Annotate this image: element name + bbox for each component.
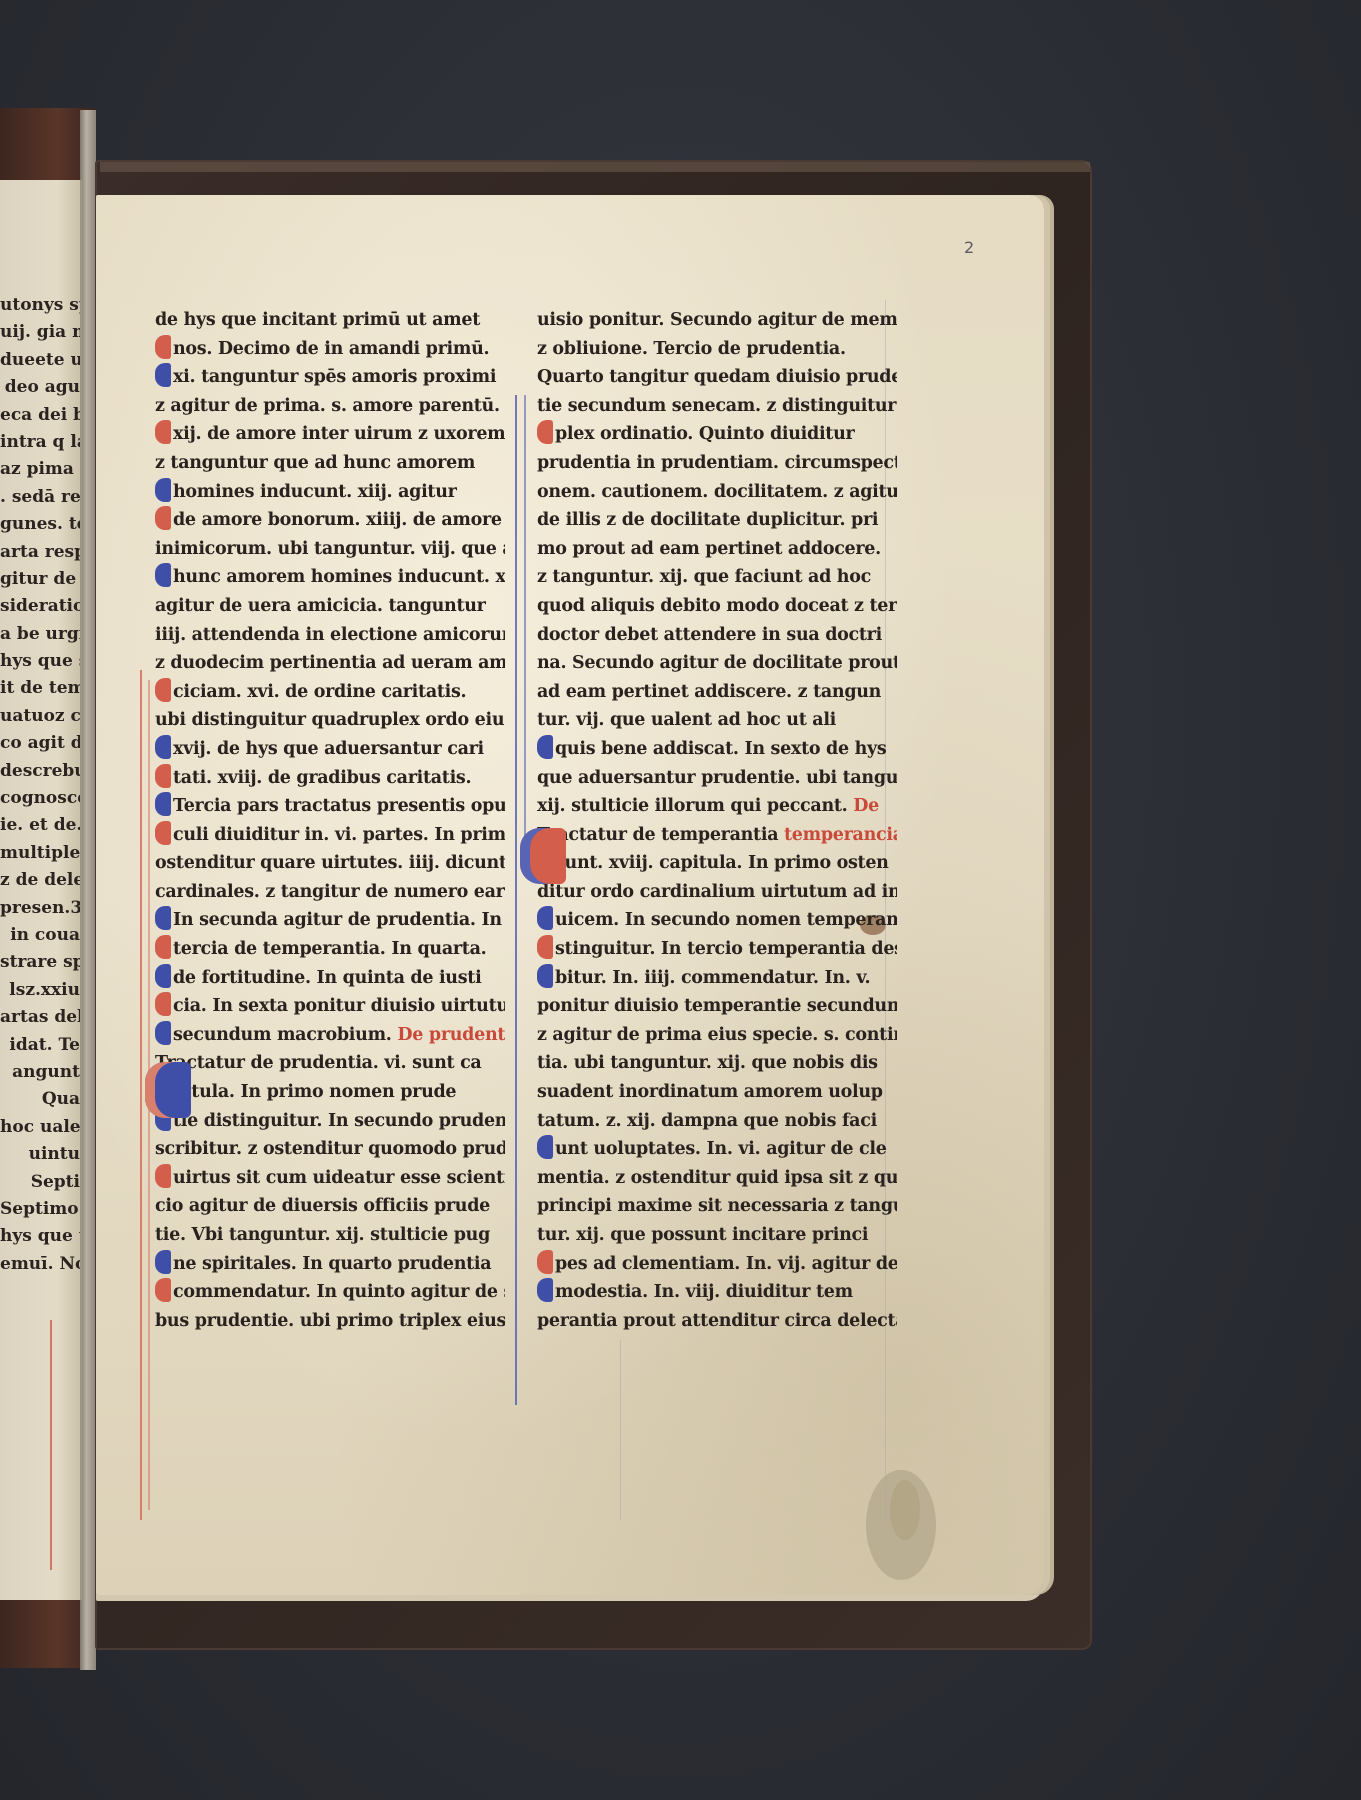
right-column-line: tur. vij. que ualent ad hoc ut ali <box>537 706 897 735</box>
left-page-line: a be urgru <box>0 621 80 648</box>
left-page-line: angunt <box>0 1059 80 1086</box>
right-column-line: de illis z de docilitate duplicitur. pri <box>537 506 897 535</box>
left-page-line: strare spe <box>0 949 80 976</box>
left-page-line: eca dei b <box>0 402 80 429</box>
right-column-line: perantia prout attenditur circa delecta <box>537 1307 897 1336</box>
left-page-line: z de dele <box>0 867 80 894</box>
left-page-line: ie. et de. xy <box>0 812 80 839</box>
right-column-line: tur. xij. que possunt incitare princi <box>537 1221 897 1250</box>
left-page-line: it de templ <box>0 675 80 702</box>
left-page-text: utonys speuij. gia medueete uddeo agueca… <box>0 292 80 1278</box>
right-column-line: stinguitur. In tercio temperantia descri <box>537 935 897 964</box>
paragraph-mark-blue <box>155 363 171 387</box>
left-column-line: z duodecim pertinentia ad ueram ami <box>155 649 505 678</box>
left-column-line: Tractatur de prudentia. vi. sunt ca <box>155 1049 505 1078</box>
paragraph-mark-red <box>155 678 171 702</box>
decorated-initial-T-prudentia <box>145 1062 191 1118</box>
left-column-line: tati. xviij. de gradibus caritatis. <box>155 764 505 793</box>
left-column-line: xi. tanguntur spēs amoris proximi <box>155 363 505 392</box>
left-column-line: In secunda agitur de prudentia. In <box>155 906 505 935</box>
stain-mark <box>890 1480 920 1540</box>
left-column-line: nos. Decimo de in amandi primū. <box>155 335 505 364</box>
paragraph-mark-blue <box>537 1135 553 1159</box>
left-column-line: scribitur. z ostenditur quomodo prudenti… <box>155 1135 505 1164</box>
right-column-line: z agitur de prima eius specie. s. contin… <box>537 1021 897 1050</box>
left-column-line: uirtus sit cum uideatur esse scientia. T… <box>155 1164 505 1193</box>
left-column-line: hunc amorem homines inducunt. xv. <box>155 563 505 592</box>
left-page-line: dueete ud <box>0 347 80 374</box>
left-column-line: cio agitur de diuersis officiis prude <box>155 1192 505 1221</box>
left-page-line: cognosce <box>0 785 80 812</box>
blue-penwork-border <box>515 395 517 1405</box>
ruling-line <box>620 1340 621 1520</box>
red-penwork-border <box>140 670 142 1520</box>
left-column-line: Tercia pars tractatus presentis opus <box>155 792 505 821</box>
right-column-line: mentia. z ostenditur quid ipsa sit z quo… <box>537 1164 897 1193</box>
right-column-line: ponitur diuisio temperantie secundum tul… <box>537 992 897 1021</box>
left-column-line: ne spiritales. In quarto prudentia <box>155 1250 505 1279</box>
paragraph-mark-blue <box>155 964 171 988</box>
left-column-line: homines inducunt. xiij. agitur <box>155 478 505 507</box>
left-page-line: gunes. te <box>0 511 80 538</box>
paragraph-mark-blue <box>537 735 553 759</box>
left-page-line: artas del <box>0 1004 80 1031</box>
left-page-line: gitur de sed <box>0 566 80 593</box>
left-page-line: lsz.xxiu <box>0 977 80 1004</box>
paragraph-mark-red <box>155 764 171 788</box>
left-page-line: utonys spe <box>0 292 80 319</box>
paragraph-mark-blue <box>537 1278 553 1302</box>
left-page-line: Septimo de <box>0 1196 80 1223</box>
left-page-red-rule <box>50 1320 52 1570</box>
right-column-line: sunt. xviij. capitula. In primo osten <box>537 849 897 878</box>
left-column-line: de fortitudine. In quinta de iusti <box>155 964 505 993</box>
rubric-heading: De <box>847 796 879 816</box>
right-column-line: doctor debet attendere in sua doctri <box>537 621 897 650</box>
left-page-line: uatuoz cau <box>0 703 80 730</box>
left-column-line: commendatur. In quinto agitur de spe <box>155 1278 505 1307</box>
left-column-line: z agitur de prima. s. amore parentū. <box>155 392 505 421</box>
paragraph-mark-red <box>537 935 553 959</box>
right-column-line: quis bene addiscat. In sexto de hys <box>537 735 897 764</box>
left-page-line: az pima e <box>0 456 80 483</box>
left-column-line: de hys que incitant primū ut amet <box>155 306 505 335</box>
paragraph-mark-red <box>155 1164 171 1188</box>
left-page-line: deo agu <box>0 374 80 401</box>
left-column-line: secundum macrobium. De prudentia <box>155 1021 505 1050</box>
paragraph-mark-red <box>155 335 171 359</box>
left-column-line: ubi distinguitur quadruplex ordo eius. <box>155 706 505 735</box>
left-column-line: cardinales. z tangitur de numero earum. <box>155 878 505 907</box>
left-page-line: hys que sp <box>0 648 80 675</box>
paragraph-mark-blue <box>537 964 553 988</box>
left-page-line: sideratio <box>0 593 80 620</box>
left-column-line: z tanguntur que ad hunc amorem <box>155 449 505 478</box>
left-page-line: co agit de <box>0 730 80 757</box>
paragraph-mark-red <box>537 1250 553 1274</box>
left-page-line: . sedā resp <box>0 484 80 511</box>
right-column-line: ad eam pertinet addiscere. z tangun <box>537 678 897 707</box>
left-page-line: uintu <box>0 1141 80 1168</box>
right-column-line: z tanguntur. xij. que faciunt ad hoc <box>537 563 897 592</box>
left-column-line: agitur de uera amicicia. tanguntur <box>155 592 505 621</box>
paragraph-mark-blue <box>155 792 171 816</box>
paragraph-mark-red <box>537 420 553 444</box>
folio-number: 2 <box>964 238 974 257</box>
text-column-right: uisio ponitur. Secundo agitur de memoria… <box>537 306 897 1335</box>
paragraph-mark-blue <box>155 1021 171 1045</box>
left-column-line: tercia de temperantia. In quarta. <box>155 935 505 964</box>
left-page-line: Septi <box>0 1169 80 1196</box>
paragraph-mark-red <box>155 992 171 1016</box>
right-column-line: modestia. In. viij. diuiditur tem <box>537 1278 897 1307</box>
left-page-line: in coua <box>0 922 80 949</box>
right-column-line: pes ad clementiam. In. vij. agitur de <box>537 1250 897 1279</box>
paragraph-mark-blue <box>155 1250 171 1274</box>
right-column-line: ditur ordo cardinalium uirtutum ad in <box>537 878 897 907</box>
paragraph-mark-red <box>155 935 171 959</box>
left-page-line: multiplex <box>0 840 80 867</box>
right-column-line: z obliuione. Tercio de prudentia. <box>537 335 897 364</box>
left-page-line: descrebun <box>0 758 80 785</box>
left-column-line: tie distinguitur. In secundo prudentia d… <box>155 1107 505 1136</box>
left-page-line: intra q la <box>0 429 80 456</box>
left-column-line: bus prudentie. ubi primo triplex eius <box>155 1307 505 1336</box>
board-edge <box>100 162 1090 172</box>
left-column-line: xij. de amore inter uirum z uxorem <box>155 420 505 449</box>
right-column-line: xij. stulticie illorum qui peccant. De <box>537 792 897 821</box>
paragraph-mark-red <box>155 1278 171 1302</box>
left-page-line: hoc ualet <box>0 1114 80 1141</box>
blue-penwork-border <box>524 395 526 875</box>
left-column-line: de amore bonorum. xiiij. de amore <box>155 506 505 535</box>
left-column-line: iiij. attendenda in electione amicorum. <box>155 621 505 650</box>
left-column-line: pitula. In primo nomen prude <box>155 1078 505 1107</box>
decorated-initial-T-temperantia <box>520 828 566 884</box>
paragraph-mark-blue <box>155 735 171 759</box>
book-gutter <box>80 110 96 1670</box>
right-column-line: na. Secundo agitur de docilitate prout <box>537 649 897 678</box>
rubric-heading: De prudentia <box>392 1025 505 1045</box>
right-column-line: Tractatur de temperantia temperancia <box>537 821 897 850</box>
left-column-line: cia. In sexta ponitur diuisio uirtutum <box>155 992 505 1021</box>
right-column-line: tie secundum senecam. z distinguitur pru… <box>537 392 897 421</box>
right-column-line: mo prout ad eam pertinet addocere. <box>537 535 897 564</box>
right-column-line: suadent inordinatum amorem uolup <box>537 1078 897 1107</box>
right-column-line: quod aliquis debito modo doceat z tera <box>537 592 897 621</box>
right-column-line: tia. ubi tanguntur. xij. que nobis dis <box>537 1049 897 1078</box>
left-column-line: culi diuiditur in. vi. partes. In prima <box>155 821 505 850</box>
left-column-line: tie. Vbi tanguntur. xij. stulticie pug <box>155 1221 505 1250</box>
right-column-line: unt uoluptates. In. vi. agitur de cle <box>537 1135 897 1164</box>
paragraph-mark-blue <box>537 906 553 930</box>
left-page-line: uij. gia me <box>0 319 80 346</box>
right-column-line: uisio ponitur. Secundo agitur de memoria <box>537 306 897 335</box>
right-column-line: prudentia in prudentiam. circumspecti <box>537 449 897 478</box>
left-page-line: presen.3. <box>0 895 80 922</box>
right-column-line: Quarto tangitur quedam diuisio prude <box>537 363 897 392</box>
right-column-line: uicem. In secundo nomen temperantie di <box>537 906 897 935</box>
left-page-line: Qua <box>0 1086 80 1113</box>
left-column-line: inimicorum. ubi tanguntur. viij. que ad <box>155 535 505 564</box>
text-column-left: de hys que incitant primū ut ametnos. De… <box>155 306 505 1335</box>
left-column-line: ostenditur quare uirtutes. iiij. dicuntu… <box>155 849 505 878</box>
rubric-heading: temperancia <box>778 825 897 845</box>
paragraph-mark-red <box>155 420 171 444</box>
right-column-line: principi maxime sit necessaria z tangun <box>537 1192 897 1221</box>
left-page-line: idat. Te <box>0 1032 80 1059</box>
paragraph-mark-red <box>155 506 171 530</box>
right-column-line: bitur. In. iiij. commendatur. In. v. <box>537 964 897 993</box>
left-column-line: ciciam. xvi. de ordine caritatis. <box>155 678 505 707</box>
left-page-line: arta respe <box>0 539 80 566</box>
left-page-line: hys que u <box>0 1223 80 1250</box>
paragraph-mark-blue <box>155 563 171 587</box>
right-column-line: onem. cautionem. docilitatem. z agitur <box>537 478 897 507</box>
right-column-line: que aduersantur prudentie. ubi tanguntur <box>537 764 897 793</box>
right-column-line: tatum. z. xij. dampna que nobis faci <box>537 1107 897 1136</box>
paragraph-mark-blue <box>155 906 171 930</box>
paragraph-mark-red <box>155 821 171 845</box>
paragraph-mark-blue <box>155 478 171 502</box>
left-column-line: xvij. de hys que aduersantur cari <box>155 735 505 764</box>
right-column-line: plex ordinatio. Quinto diuiditur <box>537 420 897 449</box>
left-page-line: emuī. Noi <box>0 1251 80 1278</box>
